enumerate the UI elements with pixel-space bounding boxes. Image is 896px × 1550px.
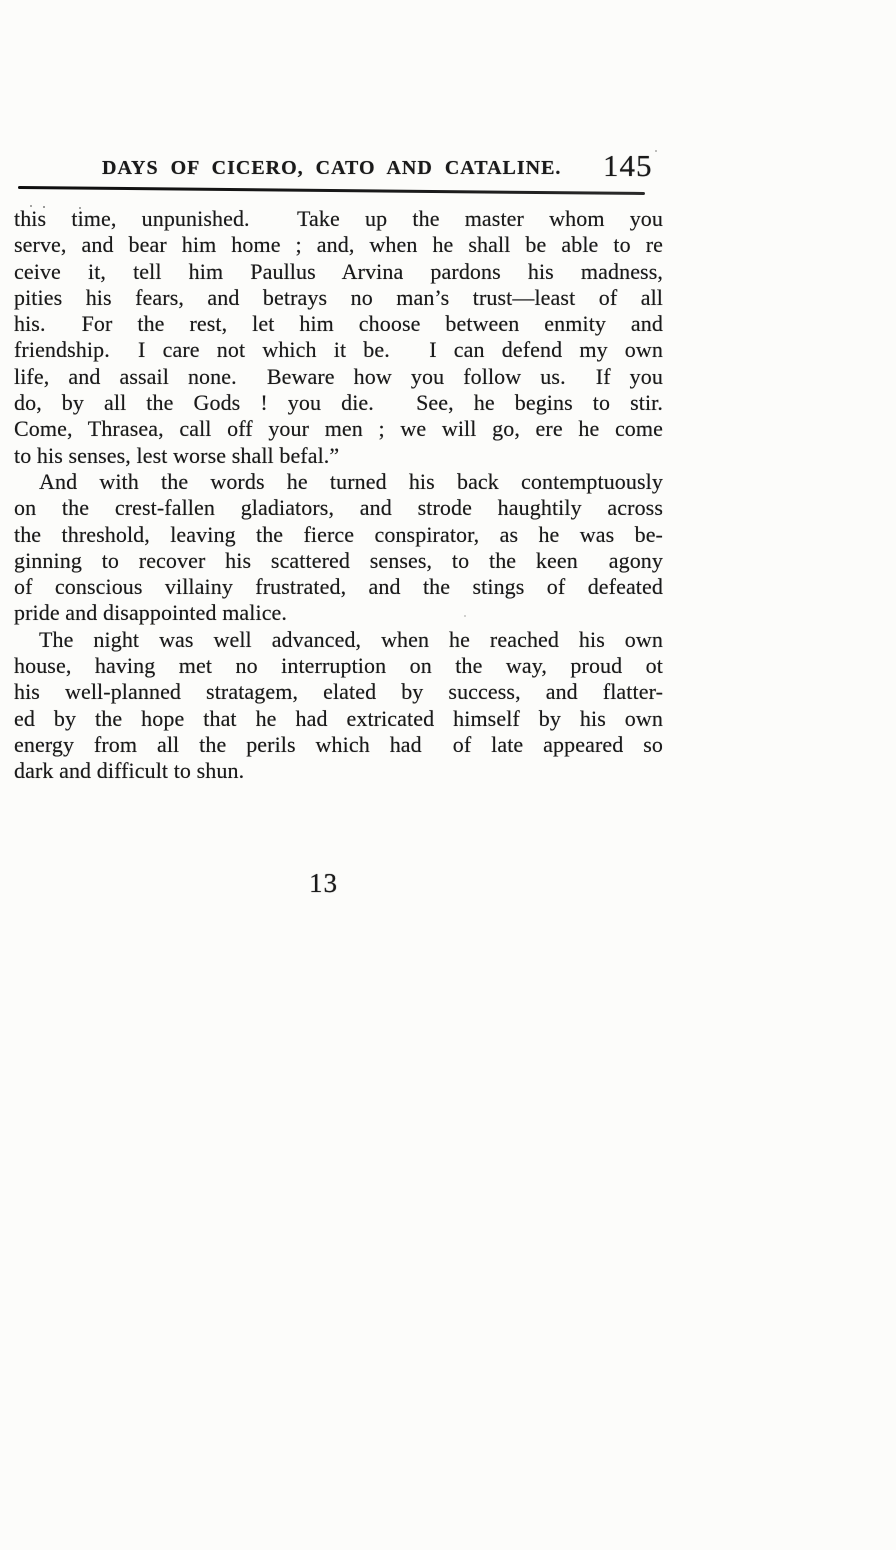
text-line: ceive it, tell him Paullus Arvina pardon…: [14, 259, 663, 285]
text-line: his well-planned stratagem, elated by su…: [14, 679, 663, 705]
running-title: DAYS OF CICERO, CATO AND CATALINE.: [102, 157, 543, 180]
text-line: Come, Thrasea, call off your men ; we wi…: [14, 416, 663, 442]
signature-mark: 13: [309, 868, 338, 899]
scan-speck: [30, 205, 32, 207]
paragraph: And with the words he turned his back co…: [14, 469, 663, 627]
text-line: to his senses, lest worse shall befal.”: [14, 443, 663, 469]
paragraph: The night was well advanced, when he rea…: [14, 627, 663, 785]
text-block: this time, unpunished. Take up the maste…: [14, 206, 663, 785]
page-number: 145: [603, 148, 653, 184]
text-line: ginning to recover his scattered senses,…: [14, 548, 663, 574]
text-line: dark and difficult to shun.: [14, 758, 663, 784]
text-line: the threshold, leaving the fierce conspi…: [14, 522, 663, 548]
text-line: The night was well advanced, when he rea…: [14, 627, 663, 653]
text-line: this time, unpunished. Take up the maste…: [14, 206, 663, 232]
book-page: DAYS OF CICERO, CATO AND CATALINE. 145 t…: [0, 0, 896, 1550]
text-line: house, having met no interruption on the…: [14, 653, 663, 679]
paragraph: this time, unpunished. Take up the maste…: [14, 206, 663, 469]
text-line: ed by the hope that he had extricated hi…: [14, 706, 663, 732]
text-line: do, by all the Gods ! you die. See, he b…: [14, 390, 663, 416]
header-rule: [18, 186, 645, 195]
text-line: serve, and bear him home ; and, when he …: [14, 232, 663, 258]
text-line: energy from all the perils which had of …: [14, 732, 663, 758]
text-line: of conscious villainy frustrated, and th…: [14, 574, 663, 600]
text-line: pities his fears, and betrays no man’s t…: [14, 285, 663, 311]
text-line: And with the words he turned his back co…: [14, 469, 663, 495]
text-line: his. For the rest, let him choose betwee…: [14, 311, 663, 337]
text-line: friendship. I care not which it be. I ca…: [14, 337, 663, 363]
text-line: life, and assail none. Beware how you fo…: [14, 364, 663, 390]
text-line: pride and disappointed malice.: [14, 600, 663, 626]
text-line: on the crest-fallen gladiators, and stro…: [14, 495, 663, 521]
